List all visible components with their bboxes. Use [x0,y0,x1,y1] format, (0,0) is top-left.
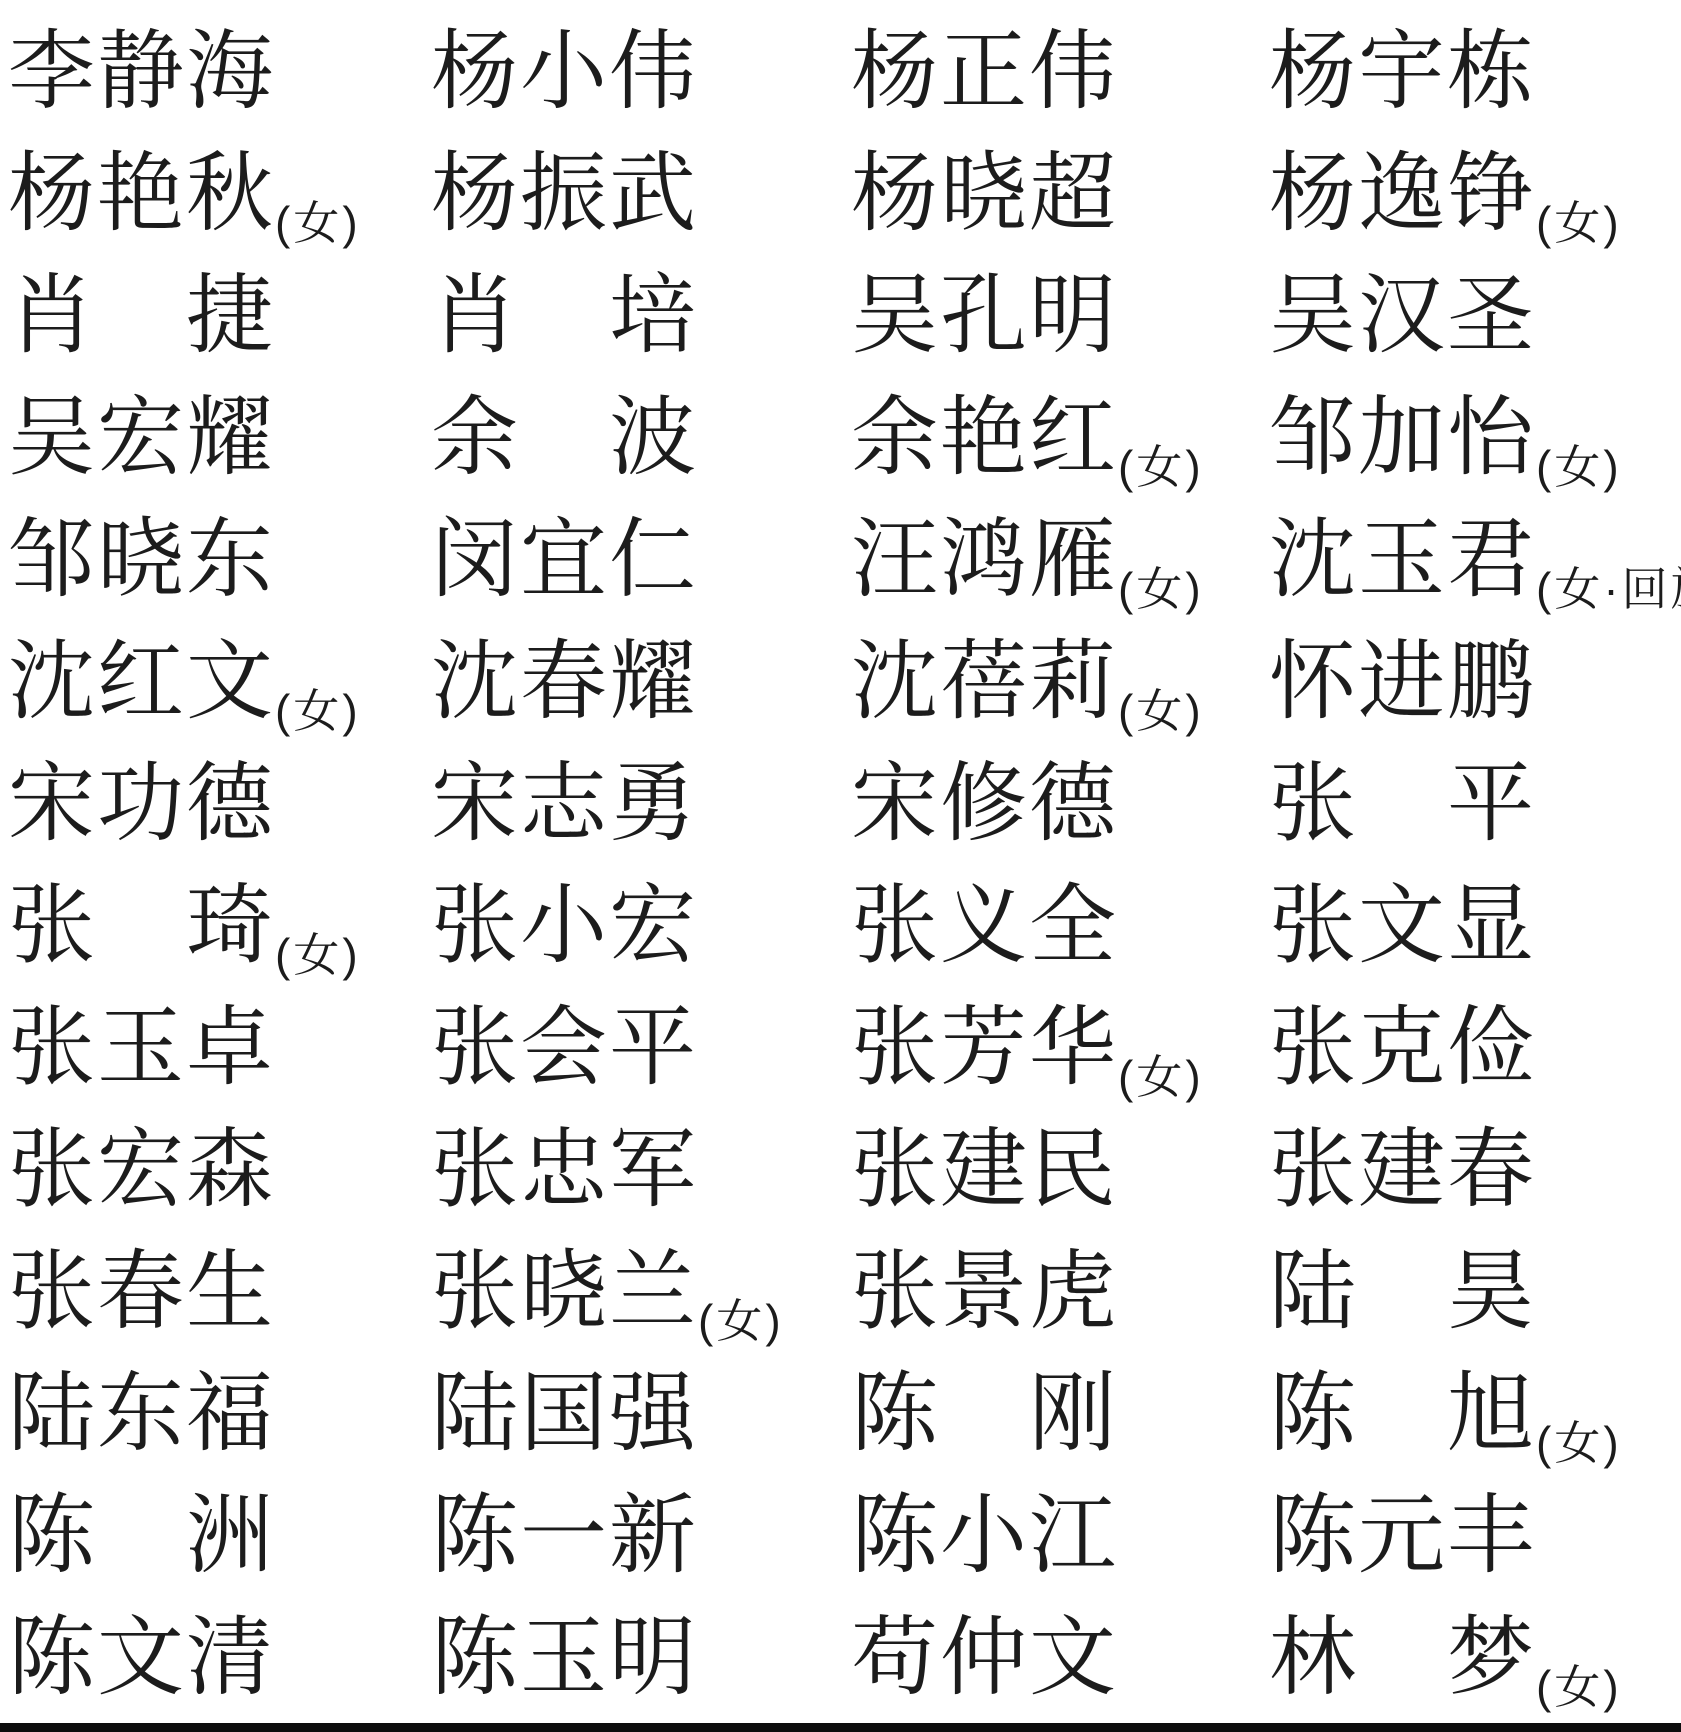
list-item: 余 波 [431,376,851,498]
person-name: 陈 旭 [1269,1370,1536,1457]
list-item: 宋志勇 [431,742,851,864]
person-name: 肖 捷 [8,272,275,359]
list-item: 怀进鹏 [1269,620,1681,742]
person-name: 宋志勇 [431,760,698,847]
person-name: 张文显 [1269,882,1536,969]
list-item: 杨正伟 [851,10,1269,132]
list-item: 张 平 [1269,742,1681,864]
person-name: 张建民 [851,1126,1118,1213]
list-item: 杨艳秋(女) [8,132,431,254]
person-name: 吴孔明 [851,272,1118,359]
list-item: 张玉卓 [8,986,431,1108]
person-name: 杨正伟 [851,28,1118,115]
person-name: 陆东福 [8,1370,275,1457]
person-name: 沈红文 [8,638,275,725]
person-name: 杨小伟 [431,28,698,115]
person-name: 吴汉圣 [1269,272,1536,359]
list-item: 陈 旭(女) [1269,1352,1681,1474]
list-item: 陆 昊 [1269,1230,1681,1352]
list-item: 吴孔明 [851,254,1269,376]
person-name: 陈小江 [851,1492,1118,1579]
person-name: 苟仲文 [851,1614,1118,1701]
person-name: 张克俭 [1269,1004,1536,1091]
list-item: 沈春耀 [431,620,851,742]
person-name: 沈春耀 [431,638,698,725]
list-item: 陈 洲 [8,1474,431,1596]
list-item: 余艳红(女) [851,376,1269,498]
person-name: 肖 培 [431,272,698,359]
list-item: 张义全 [851,864,1269,986]
list-item: 张小宏 [431,864,851,986]
person-name: 陈 洲 [8,1492,275,1579]
list-item: 陈玉明 [431,1596,851,1718]
gender-ethnicity-note: (女·回族) [1536,566,1681,620]
gender-ethnicity-note: (女) [1118,566,1204,620]
person-name: 陈 刚 [851,1370,1118,1457]
person-name: 张晓兰 [431,1248,698,1335]
list-item: 张 琦(女) [8,864,431,986]
list-item: 杨逸铮(女) [1269,132,1681,254]
gender-ethnicity-note: (女) [1536,444,1622,498]
gender-ethnicity-note: (女) [275,688,361,742]
gender-ethnicity-note: (女) [1118,1054,1204,1108]
person-name: 陈文清 [8,1614,275,1701]
list-item: 沈蓓莉(女) [851,620,1269,742]
list-item: 吴宏耀 [8,376,431,498]
list-item: 杨振武 [431,132,851,254]
list-item: 汪鸿雁(女) [851,498,1269,620]
list-item: 杨小伟 [431,10,851,132]
list-item: 张景虎 [851,1230,1269,1352]
person-name: 张义全 [851,882,1118,969]
list-item: 张文显 [1269,864,1681,986]
list-item: 陈元丰 [1269,1474,1681,1596]
gender-ethnicity-note: (女) [698,1298,784,1352]
list-item: 宋修德 [851,742,1269,864]
person-name: 陆国强 [431,1370,698,1457]
list-item: 张克俭 [1269,986,1681,1108]
person-name: 杨艳秋 [8,150,275,237]
gender-ethnicity-note: (女) [275,200,361,254]
list-item: 宋功德 [8,742,431,864]
list-item: 邹晓东 [8,498,431,620]
person-name: 汪鸿雁 [851,516,1118,603]
person-name: 张春生 [8,1248,275,1335]
person-name: 张建春 [1269,1126,1536,1213]
person-name: 张会平 [431,1004,698,1091]
list-item: 张忠军 [431,1108,851,1230]
person-name: 张小宏 [431,882,698,969]
person-name: 张忠军 [431,1126,698,1213]
person-name: 杨宇栋 [1269,28,1536,115]
gender-ethnicity-note: (女) [1118,444,1204,498]
person-name: 张玉卓 [8,1004,275,1091]
list-item: 闵宜仁 [431,498,851,620]
gender-ethnicity-note: (女) [1118,688,1204,742]
list-item: 张芳华(女) [851,986,1269,1108]
person-name: 陈玉明 [431,1614,698,1701]
list-item: 张建民 [851,1108,1269,1230]
person-name: 张芳华 [851,1004,1118,1091]
person-name: 闵宜仁 [431,516,698,603]
person-name: 张 平 [1269,760,1536,847]
person-name: 宋修德 [851,760,1118,847]
list-item: 沈红文(女) [8,620,431,742]
gender-ethnicity-note: (女) [1536,1664,1622,1718]
person-name: 邹加怡 [1269,394,1536,481]
document-page: 李静海杨小伟杨正伟杨宇栋杨艳秋(女)杨振武杨晓超杨逸铮(女)肖 捷肖 培吴孔明吴… [0,0,1681,1732]
list-item: 张宏森 [8,1108,431,1230]
person-name: 陆 昊 [1269,1248,1536,1335]
person-name: 陈一新 [431,1492,698,1579]
person-name: 张宏森 [8,1126,275,1213]
person-name: 陈元丰 [1269,1492,1536,1579]
list-item: 张春生 [8,1230,431,1352]
person-name: 沈蓓莉 [851,638,1118,725]
list-item: 陈文清 [8,1596,431,1718]
gender-ethnicity-note: (女) [1536,200,1622,254]
list-item: 肖 培 [431,254,851,376]
list-item: 杨宇栋 [1269,10,1681,132]
person-name: 余艳红 [851,394,1118,481]
person-name: 宋功德 [8,760,275,847]
list-item: 沈玉君(女·回族) [1269,498,1681,620]
person-name: 张 琦 [8,882,275,969]
list-item: 苟仲文 [851,1596,1269,1718]
list-item: 张晓兰(女) [431,1230,851,1352]
list-item: 陈小江 [851,1474,1269,1596]
list-item: 陈一新 [431,1474,851,1596]
list-item: 邹加怡(女) [1269,376,1681,498]
list-item: 吴汉圣 [1269,254,1681,376]
person-name: 杨逸铮 [1269,150,1536,237]
name-grid: 李静海杨小伟杨正伟杨宇栋杨艳秋(女)杨振武杨晓超杨逸铮(女)肖 捷肖 培吴孔明吴… [0,0,1681,1718]
list-item: 陆国强 [431,1352,851,1474]
list-item: 陈 刚 [851,1352,1269,1474]
list-item: 陆东福 [8,1352,431,1474]
person-name: 张景虎 [851,1248,1118,1335]
person-name: 李静海 [8,28,275,115]
list-item: 林 梦(女) [1269,1596,1681,1718]
bottom-rule [0,1723,1681,1732]
gender-ethnicity-note: (女) [275,932,361,986]
list-item: 肖 捷 [8,254,431,376]
person-name: 邹晓东 [8,516,275,603]
list-item: 张建春 [1269,1108,1681,1230]
person-name: 怀进鹏 [1269,638,1536,725]
person-name: 吴宏耀 [8,394,275,481]
list-item: 李静海 [8,10,431,132]
person-name: 杨晓超 [851,150,1118,237]
person-name: 林 梦 [1269,1614,1536,1701]
list-item: 杨晓超 [851,132,1269,254]
person-name: 杨振武 [431,150,698,237]
person-name: 沈玉君 [1269,516,1536,603]
person-name: 余 波 [431,394,698,481]
list-item: 张会平 [431,986,851,1108]
gender-ethnicity-note: (女) [1536,1420,1622,1474]
